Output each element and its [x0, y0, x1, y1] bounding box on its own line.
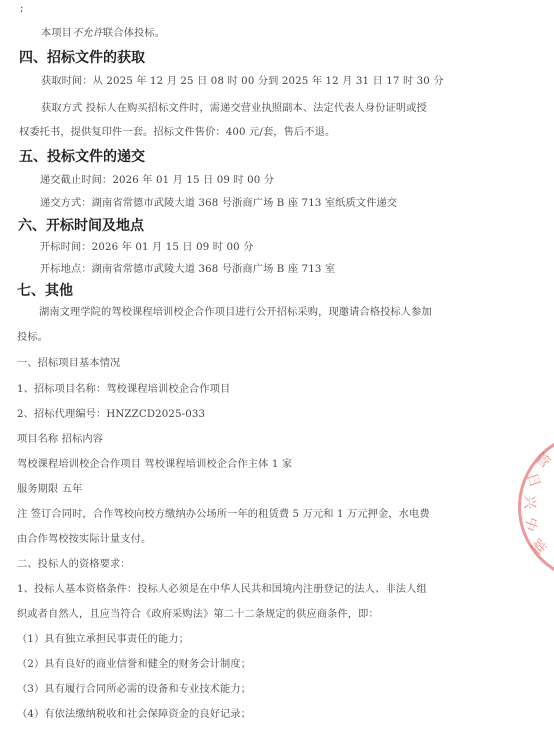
condition-item: （1）具有独立承担民事责任的能力； — [17, 633, 189, 647]
section4-method-line1: 获取方式 投标人在购买招标文件时，需递交营业执照副本、法定代表人身份证明或授 — [41, 102, 427, 116]
section5-heading: 五、投标文件的递交 — [19, 148, 145, 166]
section6-time: 开标时间：2026 年 01 月 15 日 09 时 00 分 — [40, 241, 253, 255]
basic-info-heading: 一、招标项目基本情况 — [17, 357, 120, 371]
section7-intro-line1: 湖南文理学院的驾校课程培训校企合作项目进行公开招标采购，现邀请合格投标人参加 — [39, 306, 432, 320]
note-line2: 由合作驾校按实际计量支付。 — [17, 533, 151, 547]
section5-deadline: 递交截止时间：2026 年 01 月 15 日 09 时 00 分 — [40, 174, 274, 188]
section6-place: 开标地点：湖南省常德市武陵大道 368 号浙商广场 B 座 713 室 — [40, 263, 335, 277]
service-period: 服务期限 五年 — [17, 483, 82, 497]
agency-code-item: 2、招标代理编号：HNZZCD2025-033 — [17, 408, 205, 422]
table-row: 驾校课程培训校企合作项目 驾校课程培训校企合作主体 1 家 — [17, 458, 292, 472]
project-name-item: 1、招标项目名称：驾校课程培训校企合作项目 — [17, 383, 230, 397]
table-header: 项目名称 招标内容 — [17, 433, 103, 447]
section4-heading: 四、招标文件的获取 — [19, 49, 145, 67]
section4-time: 获取时间：从 2025 年 12 月 25 日 08 时 00 分到 2025 … — [41, 75, 444, 89]
stamp-char: 兴 — [520, 495, 540, 509]
qualification-heading: 二、投标人的资格要求： — [17, 558, 131, 572]
condition-item: （2）具有良好的商业信誉和健全的财务会计制度； — [17, 658, 251, 672]
consortium-note-suffix: 联合体投标。 — [103, 28, 165, 39]
top-mark: ; — [20, 2, 24, 16]
note-line1: 注 签订合同时，合作驾校向校方缴纳办公场所一年的租赁费 5 万元和 1 万元押金… — [17, 508, 430, 522]
consortium-note-emphasis: 不允许 — [72, 28, 103, 39]
consortium-note: 本项目不允许联合体投标。 — [41, 27, 165, 41]
section7-intro-line2: 投标。 — [17, 331, 48, 345]
condition-item: （4）有依法缴纳税收和社会保障资金的良好记录； — [17, 708, 251, 722]
qualification-line2: 织或者自然人，且应当符合《政府采购法》第二十二条规定的供应商条件，即： — [17, 608, 379, 622]
section4-method-line2: 权委托书，提供复印件一套。招标文件售价：400 元/套，售后不退。 — [19, 126, 335, 140]
consortium-note-prefix: 本项目 — [41, 28, 72, 39]
condition-item: （3）具有履行合同所必需的设备和专业技术能力； — [17, 683, 251, 697]
qualification-line1: 1、投标人基本资格条件：投标人必须是在中华人民共和国境内注册登记的法人、非法人组 — [17, 583, 427, 597]
section6-heading: 六、开标时间及地点 — [18, 217, 144, 235]
section7-heading: 七、其他 — [17, 282, 73, 300]
section5-method: 递交方式：湖南省常德市武陵大道 368 号浙商广场 B 座 713 室纸质文件递… — [40, 197, 397, 211]
